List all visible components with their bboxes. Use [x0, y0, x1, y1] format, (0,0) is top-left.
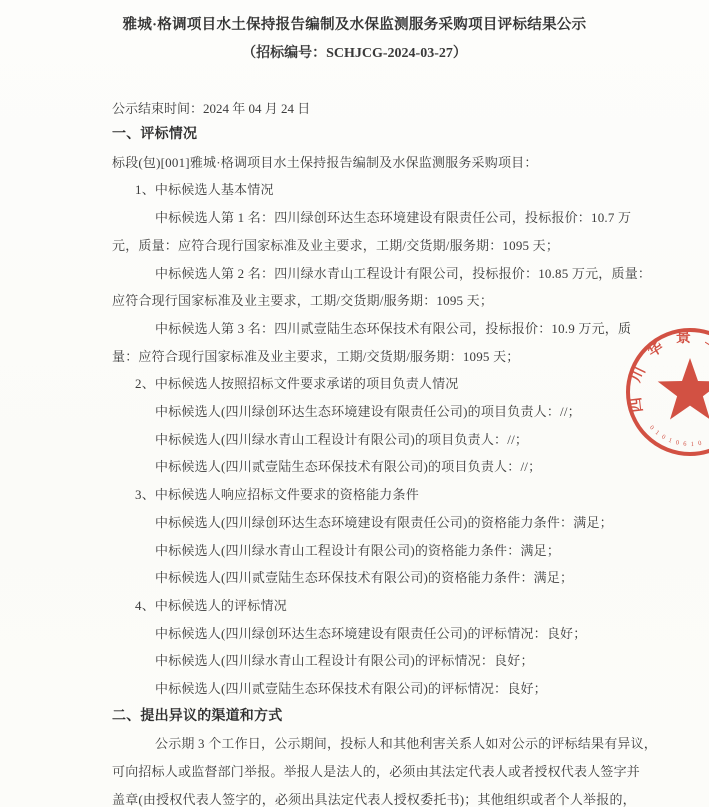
qualification-line-3: 中标候选人(四川贰壹陆生态环保技术有限公司)的资格能力条件：满足； [112, 564, 642, 592]
section-1-heading: 一、评标情况 [112, 121, 642, 149]
qualification-line-1: 中标候选人(四川绿创环达生态环境建设有限责任公司)的资格能力条件：满足； [112, 509, 642, 537]
candidate-2-line: 中标候选人第 2 名：四川绿水青山工程设计有限公司，投标报价：10.85 万元，… [112, 260, 642, 288]
document-title: 雅城·格调项目水土保持报告编制及水保监测服务采购项目评标结果公示 [0, 14, 709, 36]
section-2-heading: 二、提出异议的渠道和方式 [112, 703, 642, 731]
tender-number-line: （招标编号：SCHJCG-2024-03-27） [0, 43, 709, 65]
bid-section-intro: 标段(包)[001]雅城·格调项目水土保持报告编制及水保监测服务采购项目： [112, 149, 642, 177]
objection-line-3: 盖章(由授权代表人签字的，必须出具法定代表人授权委托书)；其他组织或者个人举报的… [112, 786, 642, 807]
evaluation-line-2: 中标候选人(四川绿水青山工程设计有限公司)的评标情况：良好； [112, 647, 642, 675]
item-3-label: 3、中标候选人响应招标文件要求的资格能力条件 [112, 481, 642, 509]
item-1-label: 1、中标候选人基本情况 [112, 176, 642, 204]
project-manager-line-3: 中标候选人(四川贰壹陆生态环保技术有限公司)的项目负责人：//； [112, 453, 642, 481]
candidate-1-line-cont: 元，质量：应符合现行国家标准及业主要求，工期/交货期/服务期：1095 天； [112, 232, 642, 260]
publicity-end-time: 公示结束时间：2024 年 04 月 24 日 [112, 99, 310, 119]
seal-serial-number: 01010610 [648, 424, 707, 448]
candidate-3-line-cont: 量：应符合现行国家标准及业主要求，工期/交货期/服务期：1095 天； [112, 343, 642, 371]
project-manager-line-1: 中标候选人(四川绿创环达生态环境建设有限责任公司)的项目负责人：//； [112, 398, 642, 426]
item-2-label: 2、中标候选人按照招标文件要求承诺的项目负责人情况 [112, 370, 642, 398]
seal-star-icon [658, 358, 709, 420]
document-body: 一、评标情况 标段(包)[001]雅城·格调项目水土保持报告编制及水保监测服务采… [112, 121, 642, 807]
candidate-1-line: 中标候选人第 1 名：四川绿创环达生态环境建设有限责任公司，投标报价：10.7 … [112, 204, 642, 232]
evaluation-line-3: 中标候选人(四川贰壹陆生态环保技术有限公司)的评标情况：良好； [112, 675, 642, 703]
svg-text:01010610: 01010610 [648, 424, 707, 448]
candidate-2-line-cont: 应符合现行国家标准及业主要求，工期/交货期/服务期：1095 天； [112, 287, 642, 315]
candidate-3-line: 中标候选人第 3 名：四川贰壹陆生态环保技术有限公司，投标报价：10.9 万元，… [112, 315, 642, 343]
objection-line-1: 公示期 3 个工作日，公示期间，投标人和其他利害关系人如对公示的评标结果有异议， [112, 730, 642, 758]
item-4-label: 4、中标候选人的评标情况 [112, 592, 642, 620]
scanned-document-page: 雅城·格调项目水土保持报告编制及水保监测服务采购项目评标结果公示 （招标编号：S… [0, 0, 709, 807]
project-manager-line-2: 中标候选人(四川绿水青山工程设计有限公司)的项目负责人：//； [112, 426, 642, 454]
evaluation-line-1: 中标候选人(四川绿创环达生态环境建设有限责任公司)的评标情况：良好； [112, 620, 642, 648]
qualification-line-2: 中标候选人(四川绿水青山工程设计有限公司)的资格能力条件：满足； [112, 537, 642, 565]
objection-line-2: 可向招标人或监督部门举报。举报人是法人的，必须由其法定代表人或者授权代表人签字并 [112, 758, 642, 786]
